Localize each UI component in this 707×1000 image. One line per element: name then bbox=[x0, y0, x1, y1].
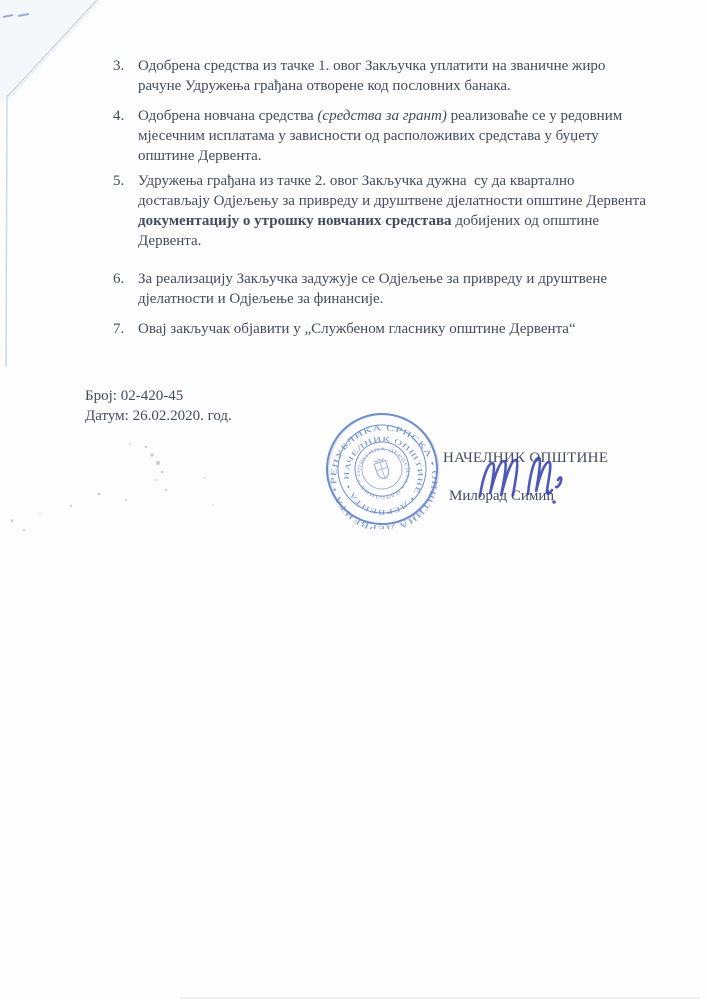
clause-item-4: 4.Одобрена новчана средства (средства за… bbox=[113, 106, 681, 166]
clause-number: 4. bbox=[113, 106, 138, 126]
reference-block: Број: 02-420-45 Датум: 26.02.2020. год. bbox=[85, 386, 232, 426]
clause-text: Удружења грађана из тачке 2. овог Закључ… bbox=[138, 171, 646, 251]
clause-item-7: 7.Овај закључак објавити у „Службеном гл… bbox=[113, 319, 681, 339]
clause-number: 3. bbox=[113, 56, 138, 76]
clause-number: 7. bbox=[113, 319, 138, 339]
clause-text: Одобрена новчана средства (средства за г… bbox=[138, 106, 622, 166]
clause-text: Овај закључак објавити у „Службеном глас… bbox=[138, 319, 576, 339]
clause-text: За реализацију Закључка задужује се Одје… bbox=[138, 269, 607, 309]
clause-item-5: 5.Удружења грађана из тачке 2. овог Закљ… bbox=[113, 171, 681, 251]
stamp-coat-of-arms-icon bbox=[373, 457, 391, 480]
pen-dash-marks bbox=[3, 14, 29, 17]
clause-item-6: 6.За реализацију Закључка задужује се Од… bbox=[113, 269, 681, 309]
clause-item-3: 3.Одобрена средства из тачке 1. овог Зак… bbox=[113, 56, 681, 96]
page-fold-artifact bbox=[0, 0, 99, 367]
document-clause-list: 3.Одобрена средства из тачке 1. овог Зак… bbox=[113, 56, 681, 339]
official-stamp-icon: РЕПУБЛИКА СРПСКА • ОПШТИНА ДЕРВЕНТА • НА… bbox=[322, 409, 442, 529]
reference-date: Датум: 26.02.2020. год. bbox=[85, 406, 232, 426]
scanned-document-page: 3.Одобрена средства из тачке 1. овог Зак… bbox=[0, 0, 707, 1000]
signature-scrawl bbox=[466, 446, 586, 516]
clause-text: Одобрена средства из тачке 1. овог Закљу… bbox=[138, 56, 605, 96]
clause-number: 5. bbox=[113, 171, 138, 191]
clause-number: 6. bbox=[113, 269, 138, 289]
reference-number: Број: 02-420-45 bbox=[85, 386, 232, 406]
ink-speckles bbox=[11, 443, 214, 531]
